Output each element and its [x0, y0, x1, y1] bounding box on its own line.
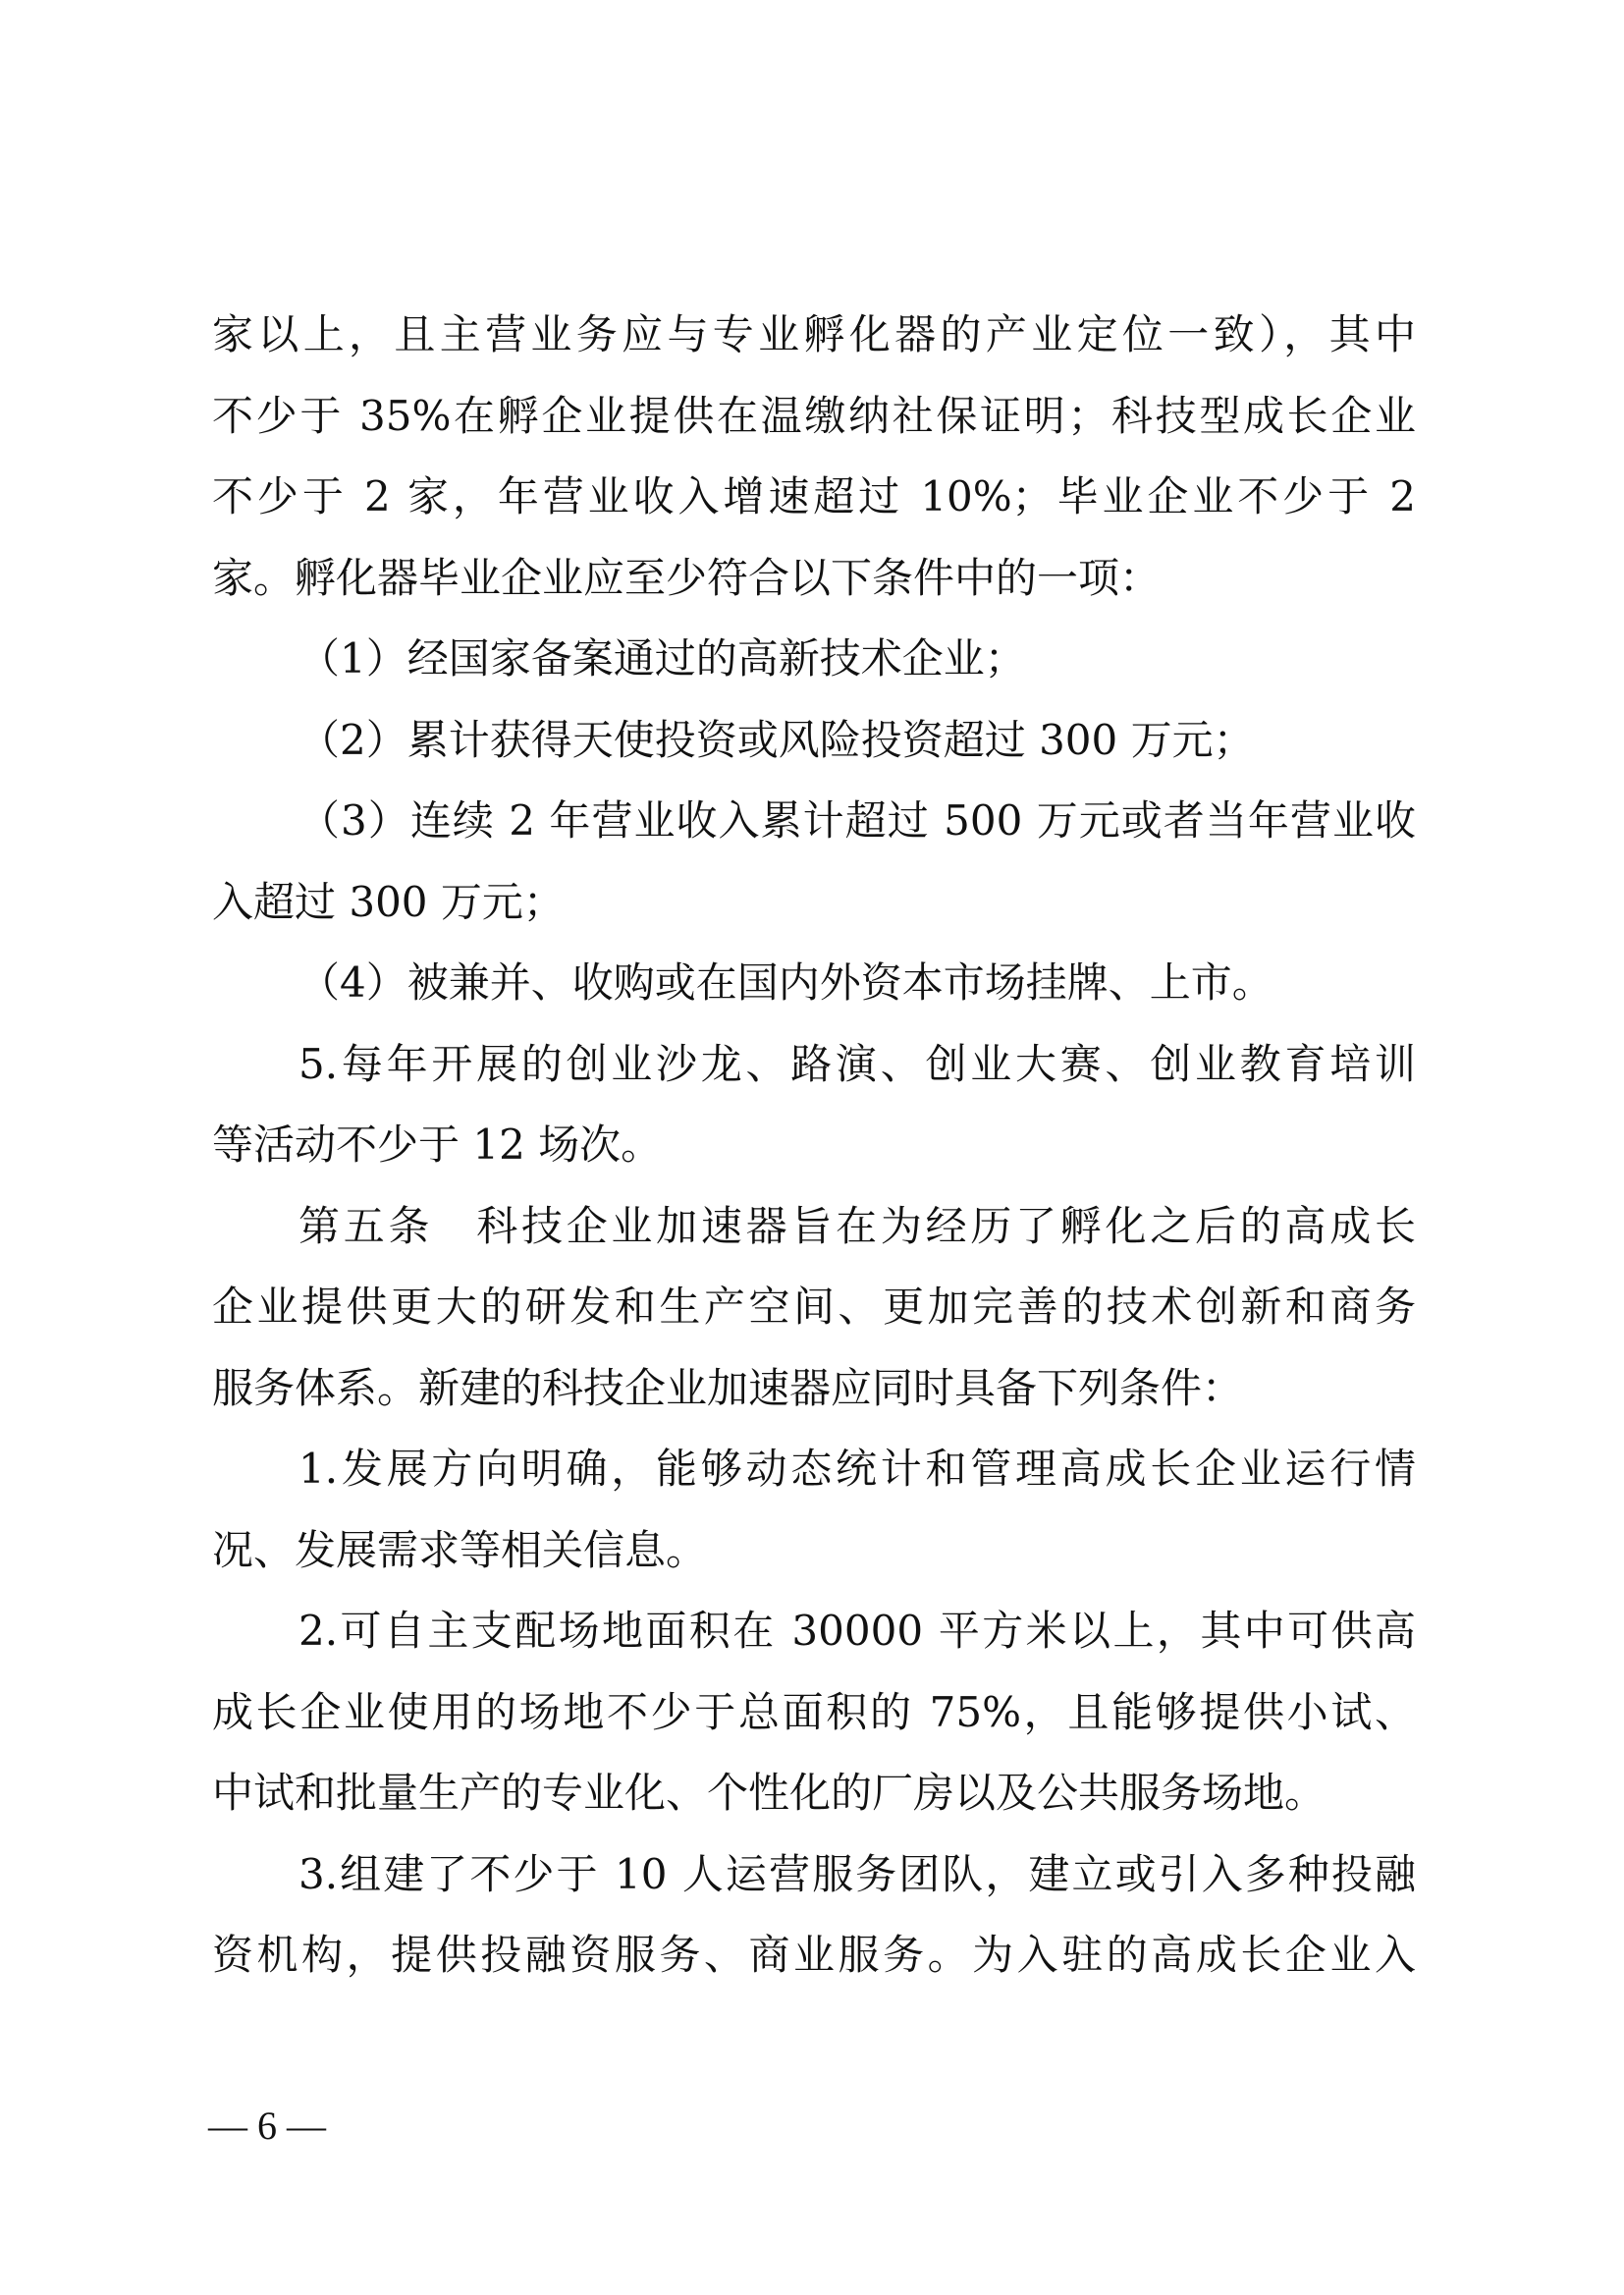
list-item-1: （1）经国家备案通过的高新技术企业；: [212, 634, 1416, 716]
document-page: 家以上，且主营业务应与专业孵化器的产业定位一致），其中 不少于 35%在孵企业提…: [0, 0, 1624, 2295]
text-line-3: 不少于 2 家，年营业收入增速超过 10%；毕业企业不少于 2: [212, 472, 1416, 554]
article-heading: 第五条: [298, 1202, 433, 1250]
list-item-3: （3）连续 2 年营业收入累计超过 500 万元或者当年营业收: [212, 796, 1416, 878]
clause-5-cont: 等活动不少于 12 场次。: [212, 1120, 1416, 1202]
article-5-line: 第五条科技企业加速器旨在为经历了孵化之后的高成长: [212, 1202, 1416, 1284]
clause-5: 5.每年开展的创业沙龙、路演、创业大赛、创业教育培训: [212, 1040, 1416, 1121]
body-text: 家以上，且主营业务应与专业孵化器的产业定位一致），其中 不少于 35%在孵企业提…: [212, 310, 1416, 2012]
condition-1: 1.发展方向明确，能够动态统计和管理高成长企业运行情: [212, 1445, 1416, 1526]
list-item-4: （4）被兼并、收购或在国内外资本市场挂牌、上市。: [212, 958, 1416, 1040]
condition-2: 2.可自主支配场地面积在 30000 平方米以上，其中可供高: [212, 1607, 1416, 1688]
condition-1-cont: 况、发展需求等相关信息。: [212, 1526, 1416, 1608]
text-line-4: 家。孵化器毕业企业应至少符合以下条件中的一项：: [212, 554, 1416, 635]
page-number: — 6 —: [208, 2102, 326, 2151]
list-item-3-cont: 入超过 300 万元；: [212, 878, 1416, 959]
condition-3-cont: 资机构，提供投融资服务、商业服务。为入驻的高成长企业入: [212, 1931, 1416, 2012]
text-line-2: 不少于 35%在孵企业提供在温缴纳社保证明；科技型成长企业: [212, 392, 1416, 473]
article-5-text: 科技企业加速器旨在为经历了孵化之后的高成长: [476, 1202, 1416, 1250]
condition-2-cont-2: 中试和批量生产的专业化、个性化的厂房以及公共服务场地。: [212, 1769, 1416, 1850]
article-5-cont-1: 企业提供更大的研发和生产空间、更加完善的技术创新和商务: [212, 1283, 1416, 1364]
condition-3: 3.组建了不少于 10 人运营服务团队，建立或引入多种投融: [212, 1850, 1416, 1932]
condition-2-cont-1: 成长企业使用的场地不少于总面积的 75%，且能够提供小试、: [212, 1688, 1416, 1770]
list-item-2: （2）累计获得天使投资或风险投资超过 300 万元；: [212, 716, 1416, 797]
text-line-1: 家以上，且主营业务应与专业孵化器的产业定位一致），其中: [212, 310, 1416, 392]
article-5-cont-2: 服务体系。新建的科技企业加速器应同时具备下列条件：: [212, 1364, 1416, 1446]
